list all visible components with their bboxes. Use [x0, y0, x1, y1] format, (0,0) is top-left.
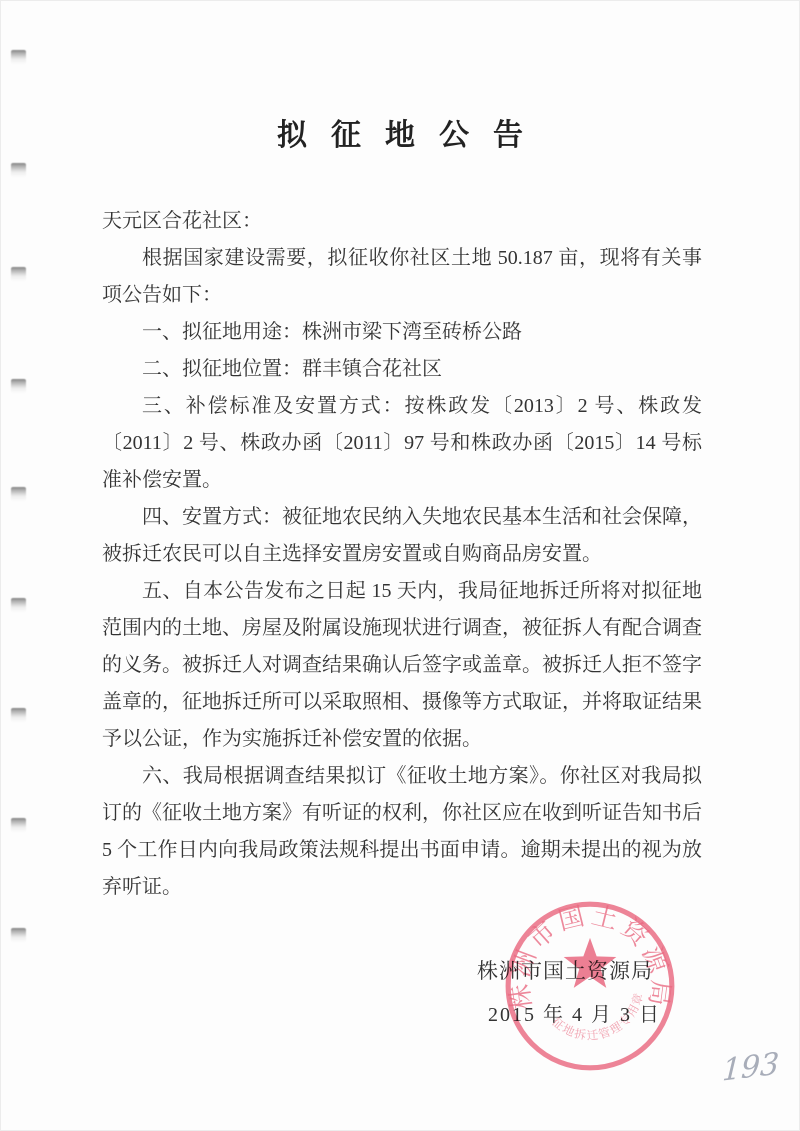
addressee-line: 天元区合花社区： — [102, 203, 702, 240]
paragraph-item-1: 一、拟征地用途：株洲市梁下湾至砖桥公路 — [102, 314, 702, 351]
paragraph-item-2: 二、拟征地位置：群丰镇合花社区 — [102, 351, 702, 388]
paragraph-item-6: 六、我局根据调查结果拟订《征收土地方案》。你社区对我局拟订的《征收土地方案》有听… — [102, 758, 702, 906]
paragraph-item-5: 五、自本公告发布之日起 15 天内，我局征地拆迁所将对拟征地范围内的土地、房屋及… — [102, 573, 702, 758]
paragraph-item-3: 三、补偿标准及安置方式：按株政发〔2013〕2 号、株政发〔2011〕2 号、株… — [102, 388, 702, 499]
binding-mark — [11, 50, 26, 64]
seal-inner-text: 征地拆迁管理专用章 — [547, 987, 656, 1056]
paragraph-intro: 根据国家建设需要，拟征收你社区土地 50.187 亩，现将有关事项公告如下： — [102, 240, 702, 314]
scanned-document-page: 拟征地公告 天元区合花社区： 根据国家建设需要，拟征收你社区土地 50.187 … — [0, 0, 800, 1131]
binding-mark — [11, 267, 26, 281]
binding-mark — [11, 163, 26, 177]
binding-mark — [11, 818, 26, 832]
binding-mark — [11, 487, 26, 501]
seal-star-icon — [564, 938, 617, 988]
handwritten-page-number: 193 — [721, 1046, 780, 1088]
document-title: 拟征地公告 — [0, 110, 800, 154]
official-seal-stamp: 株洲市国土资源局 征地拆迁管理专用章 — [502, 898, 678, 1074]
binding-mark — [11, 379, 26, 393]
binding-mark — [11, 928, 26, 942]
binding-mark — [11, 598, 26, 612]
paragraph-item-4: 四、安置方式：被征地农民纳入失地农民基本生活和社会保障，被拆迁农民可以自主选择安… — [102, 499, 702, 573]
document-body: 天元区合花社区： 根据国家建设需要，拟征收你社区土地 50.187 亩，现将有关… — [102, 203, 702, 906]
binding-mark — [11, 708, 26, 722]
